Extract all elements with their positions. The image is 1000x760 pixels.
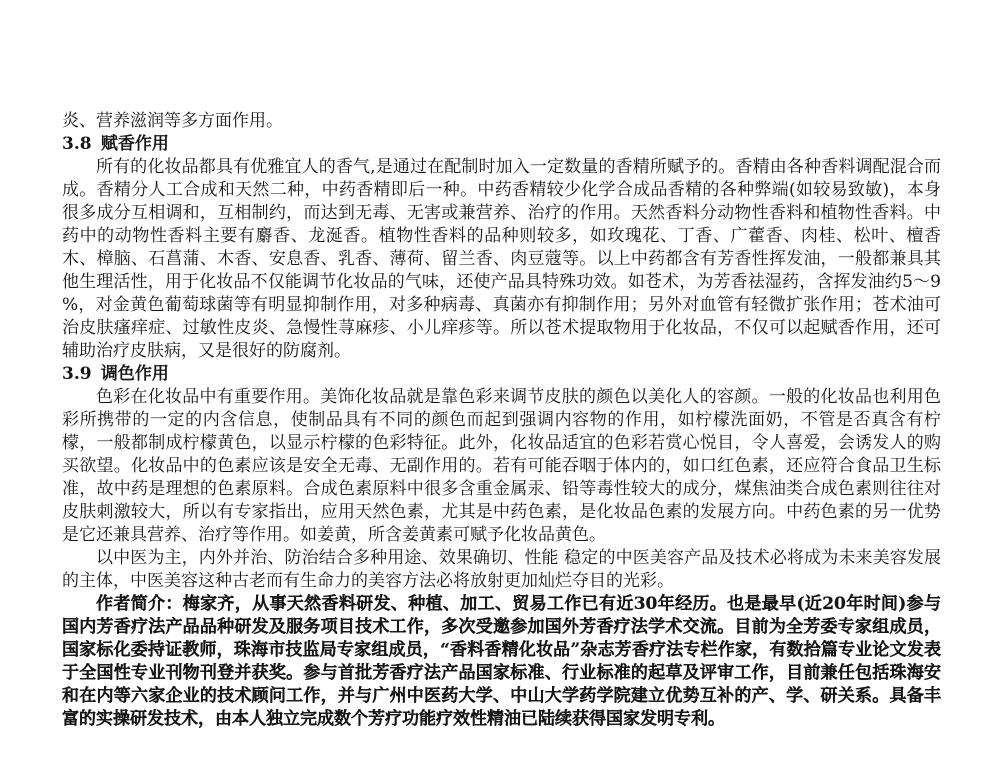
section-3-9-number: 3.9 (62, 364, 92, 384)
section-3-9-paragraph: 色彩在化妆品中有重要作用。美饰化妆品就是靠色彩来调节皮肤的颜色以美化人的容颜。一… (62, 386, 941, 547)
section-3-8-paragraph: 所有的化妆品都具有优雅宜人的香气,是通过在配制时加入一定数量的香精所赋予的。香精… (62, 156, 941, 363)
section-3-8-title: 赋香作用 (101, 134, 169, 154)
section-heading-3-9: 3.9调色作用 (62, 363, 941, 386)
section-3-9-title: 调色作用 (101, 364, 169, 384)
article-text-block: 炎、营养滋润等多方面作用。 3.8赋香作用 所有的化妆品都具有优雅宜人的香气,是… (62, 110, 941, 731)
paragraph-continuation: 炎、营养滋润等多方面作用。 (62, 110, 941, 133)
closing-paragraph: 以中医为主，内外并治、防治结合多种用途、效果确切、性能 稳定的中医美容产品及技术… (62, 547, 941, 593)
section-3-8-number: 3.8 (62, 134, 92, 154)
section-heading-3-8: 3.8赋香作用 (62, 133, 941, 156)
author-bio-paragraph: 作者简介：梅家齐，从事天然香料研发、种植、加工、贸易工作已有近30年经历。也是最… (62, 593, 941, 731)
document-page: 炎、营养滋润等多方面作用。 3.8赋香作用 所有的化妆品都具有优雅宜人的香气,是… (0, 0, 1000, 760)
